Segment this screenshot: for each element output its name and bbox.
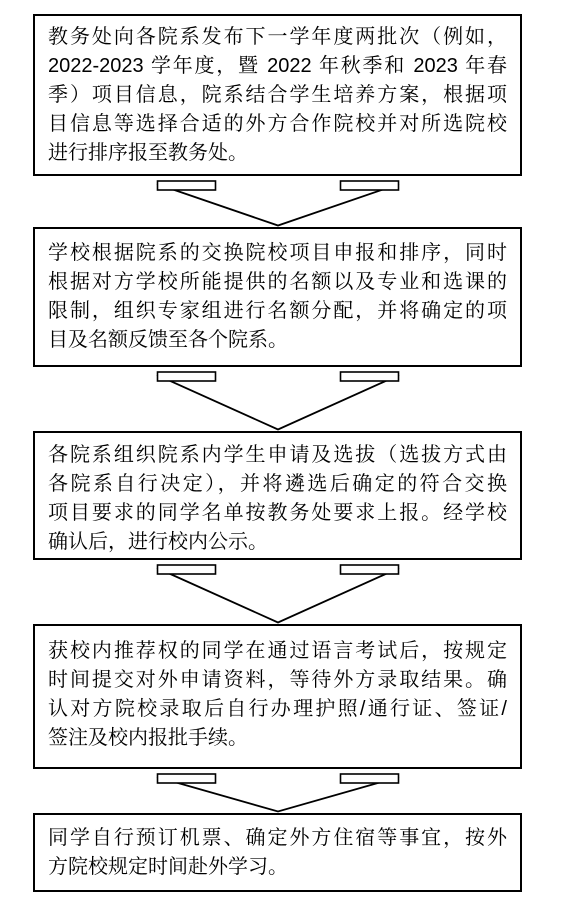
flow-step-text-line: 限制，组织专家组进行名额分配，并将确定的项 (48, 297, 507, 326)
flow-step-text-line: 教务处向各院系发布下一学年度两批次（例如， (48, 23, 507, 52)
flow-step-1: 教务处向各院系发布下一学年度两批次（例如， 2022-2023 学年度，暨 20… (33, 14, 522, 176)
arrow-v-shape (157, 568, 399, 623)
arrow-tab-left (158, 565, 216, 574)
flow-step-text-line: 进行排序报至教务处。 (48, 139, 507, 168)
down-arrow-icon (155, 176, 401, 227)
flow-step-text-line: 签注及校内报批手续。 (48, 724, 507, 753)
flow-step-4: 获校内推荐权的同学在通过语言考试后，按规定 时间提交对外申请资料，等待外方录取结… (33, 624, 522, 769)
arrow-tab-right (341, 372, 399, 381)
arrow-tab-right (341, 565, 399, 574)
flow-step-text-line: 学校根据院系的交换院校项目申报和排序，同时 (48, 239, 507, 268)
arrow-v-shape (157, 375, 399, 430)
down-arrow-icon (155, 367, 401, 431)
down-arrow-icon (155, 560, 401, 624)
flow-step-5: 同学自行预订机票、确定外方住宿等事宜，按外 方院校规定时间赴外学习。 (33, 813, 522, 892)
arrow-tab-right (341, 181, 399, 190)
arrow-tab-left (158, 372, 216, 381)
flow-step-text-line: 认对方院校录取后自行办理护照/通行证、签证/ (48, 695, 507, 724)
flow-step-text-line: 方院校规定时间赴外学习。 (48, 853, 507, 882)
flow-step-text-line: 目及名额反馈至各个院系。 (48, 326, 507, 355)
flow-step-text-line: 目信息等选择合适的外方合作院校并对所选院校 (48, 110, 507, 139)
flow-step-text-line: 同学自行预订机票、确定外方住宿等事宜，按外 (48, 824, 507, 853)
flow-step-text-line: 各院系组织院系内学生申请及选拔（选拔方式由 (48, 441, 507, 470)
flow-step-3: 各院系组织院系内学生申请及选拔（选拔方式由 各院系自行决定），并将遴选后确定的符… (33, 431, 522, 560)
flow-step-text-line: 根据对方学校所能提供的名额以及专业和选课的 (48, 268, 507, 297)
flow-step-text-line: 确认后，进行校内公示。 (48, 528, 507, 557)
flow-step-text-line: 2022-2023 学年度，暨 2022 年秋季和 2023 年春 (48, 52, 507, 81)
flow-step-text-line: 季）项目信息，院系结合学生培养方案，根据项 (48, 81, 507, 110)
flow-step-text-line: 各院系自行决定），并将遴选后确定的符合交换 (48, 470, 507, 499)
arrow-tab-left (158, 774, 216, 783)
flowchart: 教务处向各院系发布下一学年度两批次（例如， 2022-2023 学年度，暨 20… (0, 0, 570, 892)
flow-step-text-line: 获校内推荐权的同学在通过语言考试后，按规定 (48, 637, 507, 666)
flow-step-text-line: 时间提交对外申请资料，等待外方录取结果。确 (48, 666, 507, 695)
arrow-tab-right (341, 774, 399, 783)
flow-step-text-line: 项目要求的同学名单按教务处要求上报。经学校 (48, 499, 507, 528)
flow-step-2: 学校根据院系的交换院校项目申报和排序，同时 根据对方学校所能提供的名额以及专业和… (33, 227, 522, 367)
down-arrow-icon (155, 769, 401, 813)
arrow-tab-left (158, 181, 216, 190)
